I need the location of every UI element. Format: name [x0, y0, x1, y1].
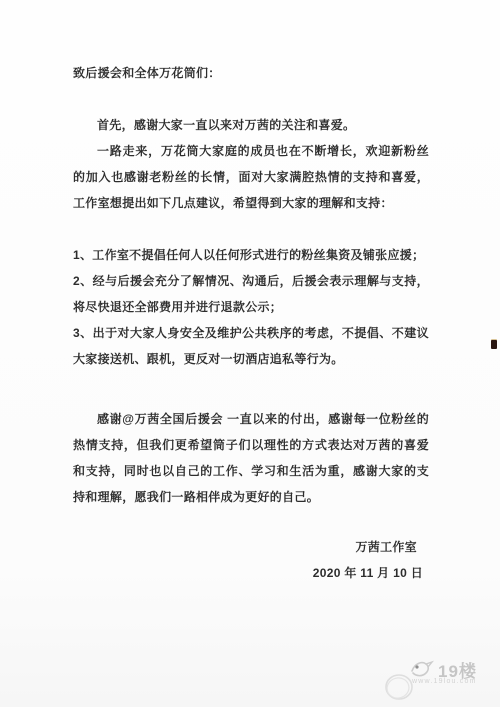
- scribble-circle-icon: [383, 669, 415, 707]
- letter-page: 致后援会和全体万花筒们： 首先，感谢大家一直以来对万茜的关注和喜爱。 一路走来，…: [0, 0, 500, 707]
- watermark-site-name: 19楼: [438, 657, 477, 682]
- suggestion-list: 1、工作室不提倡任何人以任何形式进行的粉丝集资及铺张应援； 2、经与后援会充分了…: [73, 242, 429, 372]
- paragraph-thanks: 首先，感谢大家一直以来对万茜的关注和喜爱。: [73, 112, 429, 138]
- paragraph-intro: 一路走来，万花筒大家庭的成员也在不断增长，欢迎新粉丝的加入也感谢老粉丝的长情，面…: [73, 138, 429, 216]
- salutation: 致后援会和全体万花筒们：: [73, 60, 429, 86]
- letter-body: 致后援会和全体万花筒们： 首先，感谢大家一直以来对万茜的关注和喜爱。 一路走来，…: [73, 60, 429, 586]
- bird-logo-icon: [408, 655, 436, 688]
- suggestion-item-2: 2、经与后援会充分了解情况、沟通后，后援会表示理解与支持，将尽快退还全部费用并进…: [73, 268, 429, 320]
- signature-date: 2020 年 11 月 10 日: [73, 560, 423, 586]
- signature-name: 万茜工作室: [73, 534, 423, 560]
- red-edge-artifact: [491, 340, 497, 349]
- suggestion-item-3: 3、出于对大家人身安全及维护公共秩序的考虑，不提倡、不建议大家接送机、跟机，更反…: [73, 320, 429, 372]
- paragraph-closing: 感谢@万茜全国后援会 一直以来的付出，感谢每一位粉丝的热情支持，但我们更希望筒子…: [73, 406, 429, 510]
- watermark-site-url: www.19lou.com: [412, 678, 477, 685]
- suggestion-item-1: 1、工作室不提倡任何人以任何形式进行的粉丝集资及铺张应援；: [73, 242, 429, 268]
- signature-block: 万茜工作室 2020 年 11 月 10 日: [73, 534, 429, 586]
- site-watermark: 19楼 www.19lou.com: [380, 647, 500, 707]
